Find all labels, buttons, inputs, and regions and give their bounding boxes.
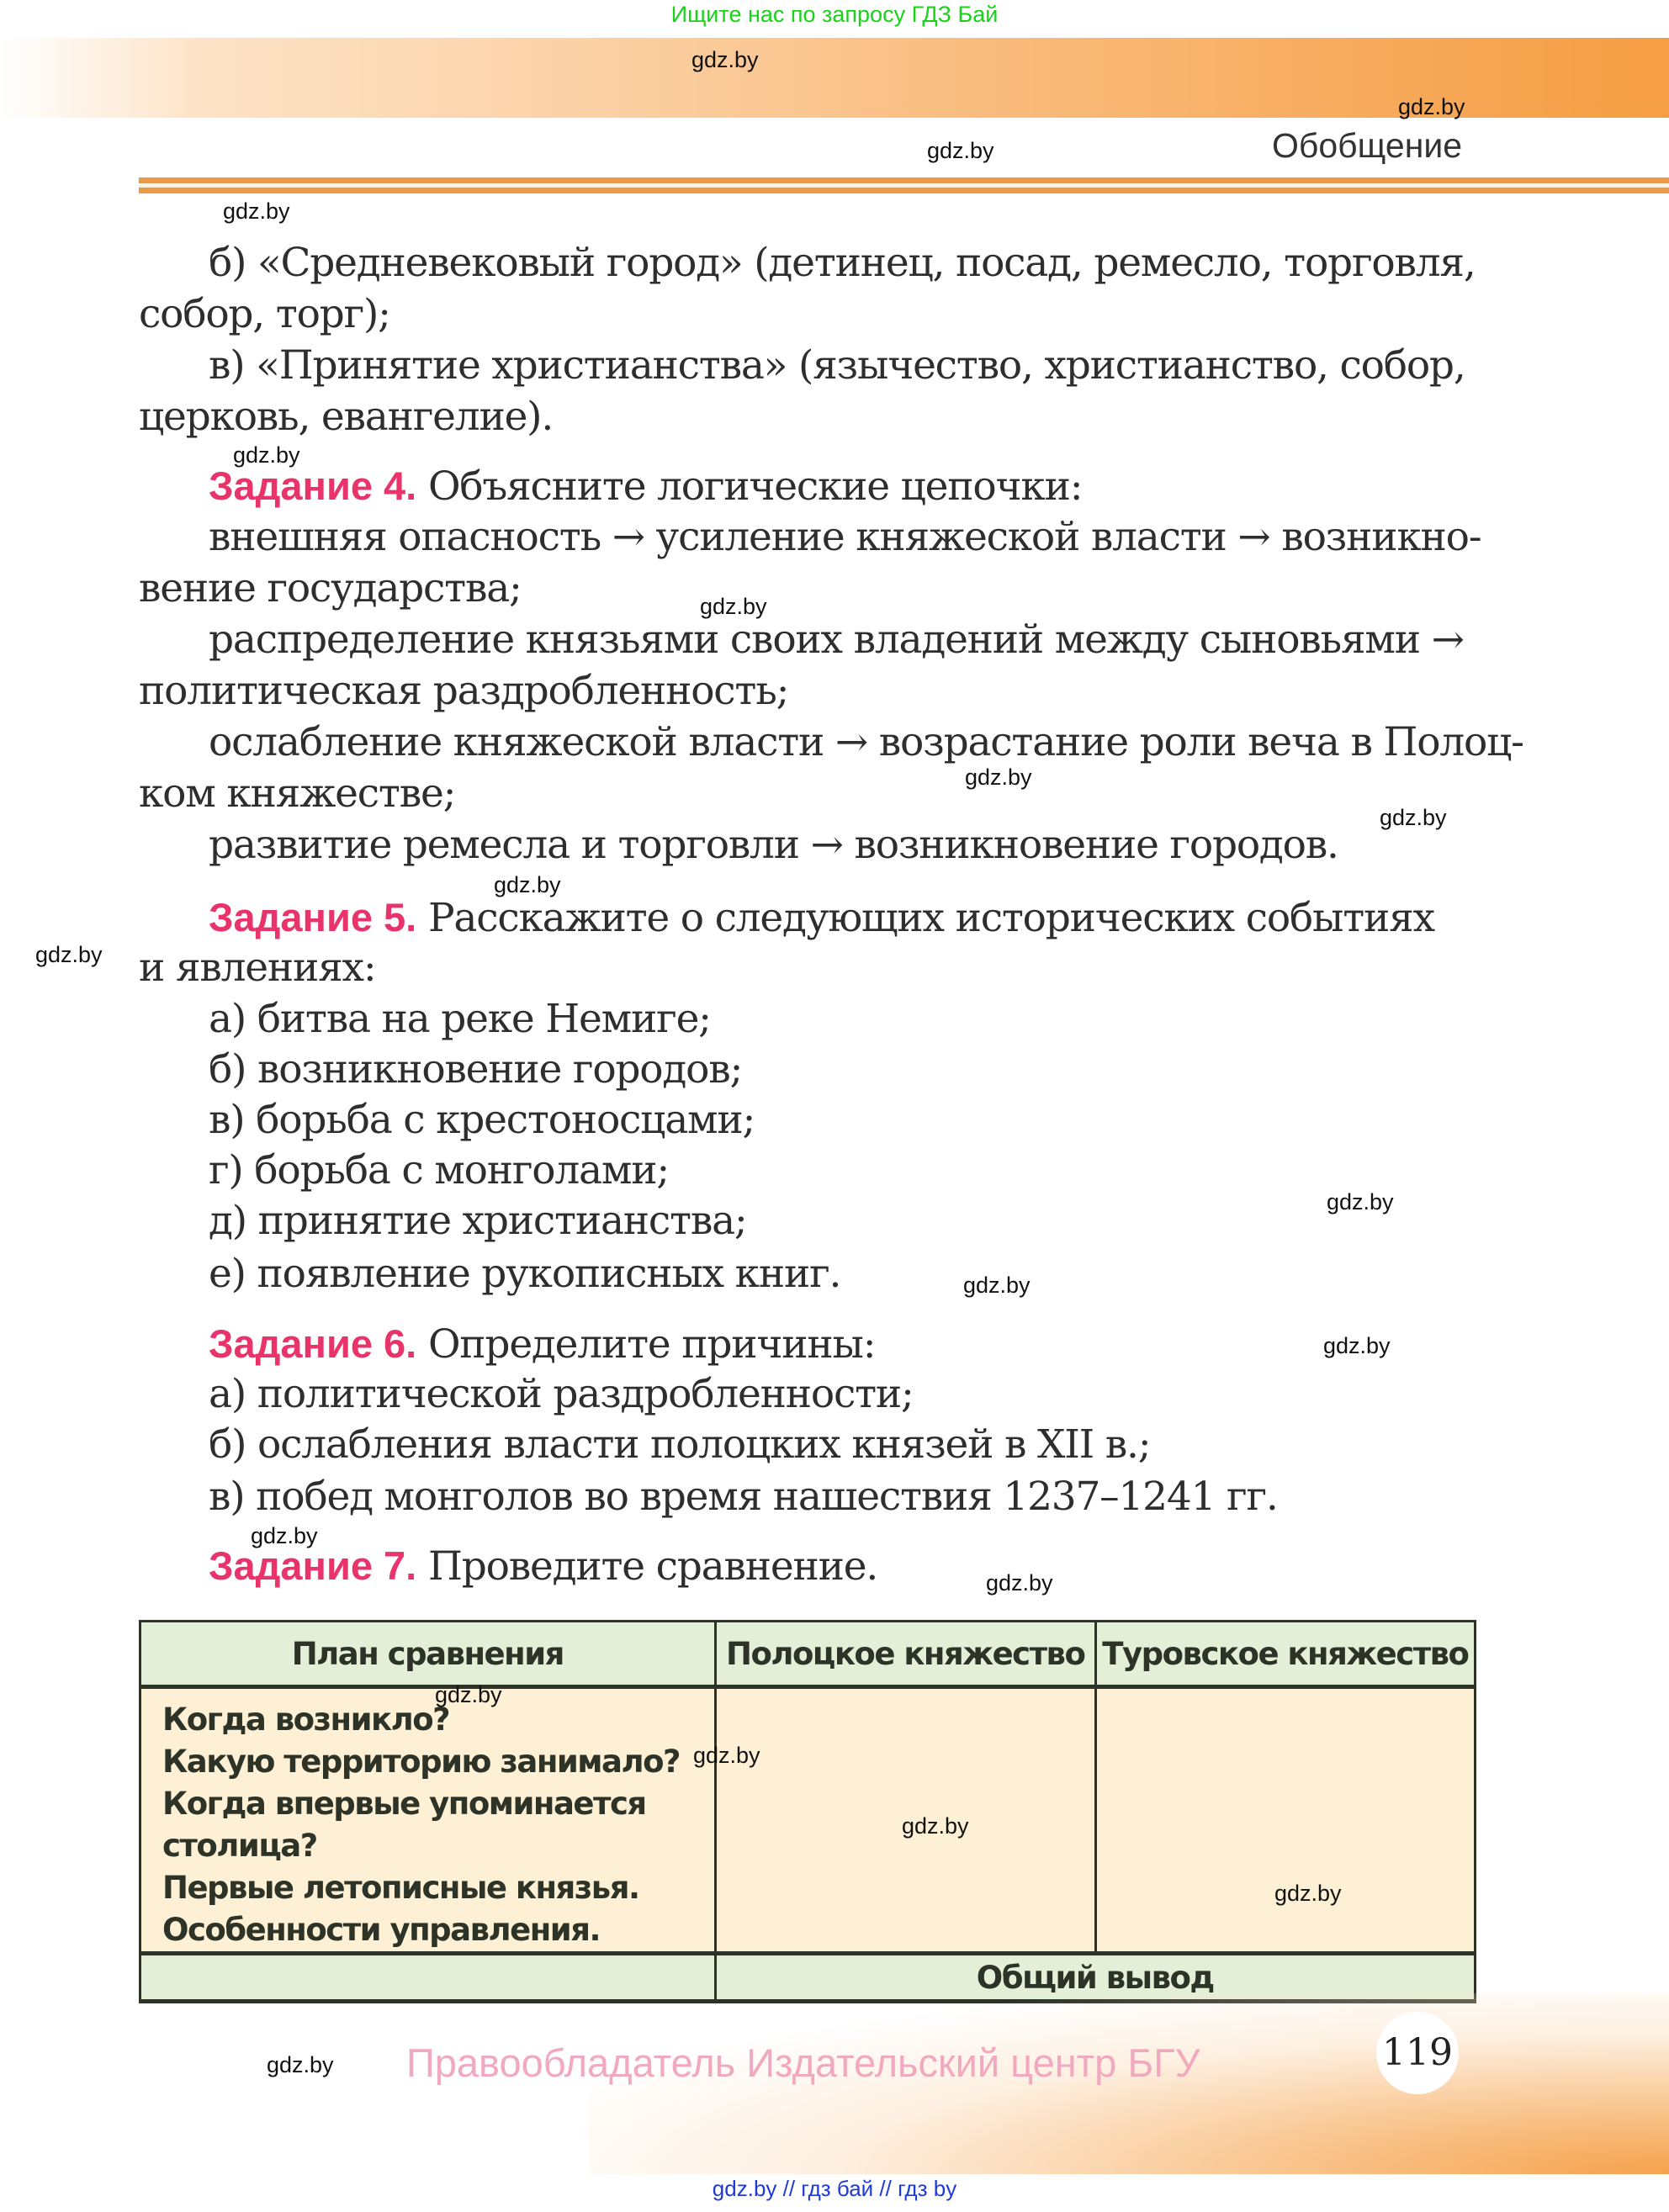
header-rule-top bbox=[139, 177, 1669, 183]
task6-item: в) побед монголов во время нашествия 123… bbox=[209, 1472, 1470, 1522]
watermark: gdz.by bbox=[1398, 94, 1465, 120]
task6-label: Задание 6. bbox=[209, 1321, 416, 1366]
task5-item: е) появление рукописных книг. bbox=[209, 1249, 1470, 1299]
task4-label: Задание 4. bbox=[209, 463, 416, 508]
watermark: gdz.by bbox=[902, 1813, 969, 1839]
task4-chain-line: ком княжестве; bbox=[139, 769, 1470, 819]
task4-chain-line: ослабление княжеской власти → возрастани… bbox=[209, 717, 1470, 768]
watermark: gdz.by bbox=[1274, 1881, 1342, 1907]
task5-prompt: Расскажите о следующих исторических собы… bbox=[416, 895, 1434, 941]
task5-label: Задание 5. bbox=[209, 895, 416, 939]
task5-item: б) возникновение городов; bbox=[209, 1045, 1470, 1095]
watermark: gdz.by bbox=[267, 2052, 334, 2078]
column-header-plan: План сравнения bbox=[140, 1622, 716, 1687]
plan-item: Первые летописные князья. bbox=[162, 1867, 714, 1909]
task4-chain-line: развитие ремесла и торговли → возникнове… bbox=[209, 820, 1470, 871]
task3-item-v-line2: церковь, евангелие). bbox=[139, 392, 1470, 442]
plan-item: столица? bbox=[162, 1825, 714, 1867]
plan-cell: Когда возникло? Какую территорию занимал… bbox=[140, 1687, 716, 1954]
task5-item: а) битва на реке Немиге; bbox=[209, 994, 1470, 1045]
task7-prompt: Проведите сравнение. bbox=[416, 1543, 877, 1590]
column-header-polotsk: Полоцкое княжество bbox=[715, 1622, 1095, 1687]
task3-item-b-line2: собор, торг); bbox=[139, 289, 1470, 340]
plan-item: Когда впервые упоминается bbox=[162, 1783, 714, 1825]
task7-heading: Задание 7. Проведите сравнение. bbox=[209, 1541, 1470, 1592]
table-body-row: Когда возникло? Какую территорию занимал… bbox=[140, 1687, 1476, 1954]
plan-item: Особенности управления. bbox=[162, 1909, 714, 1951]
task5-item: в) борьба с крестоносцами; bbox=[209, 1095, 1470, 1146]
watermark: gdz.by bbox=[693, 1743, 760, 1769]
turov-cell bbox=[1095, 1687, 1475, 1954]
site-links[interactable]: gdz.by // гдз бай // гдз by bbox=[0, 2176, 1669, 2202]
plan-item: Какую территорию занимало? bbox=[162, 1741, 714, 1783]
task6-item: б) ослабления власти полоцких князей в X… bbox=[209, 1420, 1470, 1470]
task3-item-v-line1: в) «Принятие христианства» (язычество, х… bbox=[209, 341, 1470, 391]
task4-chain-line: политическая раздробленность; bbox=[139, 666, 1470, 717]
site-search-banner: Ищите нас по запросу ГДЗ Бай bbox=[0, 2, 1669, 28]
task4-chain-line: распределение князьями своих владений ме… bbox=[209, 615, 1470, 665]
watermark: gdz.by bbox=[691, 47, 759, 73]
copyright-notice: Правообладатель Издательский центр БГУ bbox=[406, 2040, 1200, 2086]
task5-item: г) борьба с монголами; bbox=[209, 1146, 1470, 1196]
task7-label: Задание 7. bbox=[209, 1543, 416, 1588]
task4-heading: Задание 4. Объясните логические цепочки: bbox=[209, 461, 1470, 512]
task4-prompt: Объясните логические цепочки: bbox=[416, 463, 1082, 510]
task3-item-b-line1: б) «Средневековый город» (детинец, посад… bbox=[209, 238, 1470, 288]
watermark: gdz.by bbox=[223, 198, 290, 225]
task6-prompt: Определите причины: bbox=[416, 1321, 875, 1368]
watermark: gdz.by bbox=[35, 942, 103, 968]
header-rule-bottom bbox=[139, 188, 1669, 193]
column-header-turov: Туровское княжество bbox=[1095, 1622, 1475, 1687]
task5-item: д) принятие христианства; bbox=[209, 1196, 1470, 1246]
task4-chain-line: вение государства; bbox=[139, 564, 1470, 614]
page-number: 119 bbox=[1376, 2012, 1459, 2094]
table-header-row: План сравнения Полоцкое княжество Туровс… bbox=[140, 1622, 1476, 1687]
comparison-table: План сравнения Полоцкое княжество Туровс… bbox=[139, 1620, 1476, 2003]
section-title: Обобщение bbox=[1272, 126, 1462, 166]
watermark: gdz.by bbox=[927, 138, 994, 164]
task4-chain-line: внешняя опасность → усиление княжеской в… bbox=[209, 512, 1470, 563]
task5-heading: Задание 5. Расскажите о следующих истори… bbox=[209, 892, 1470, 944]
watermark: gdz.by bbox=[435, 1682, 502, 1708]
task6-heading: Задание 6. Определите причины: bbox=[209, 1319, 1470, 1370]
task6-item: а) политической раздробленности; bbox=[209, 1369, 1470, 1420]
task5-prompt-line2: и явлениях: bbox=[139, 943, 1470, 993]
